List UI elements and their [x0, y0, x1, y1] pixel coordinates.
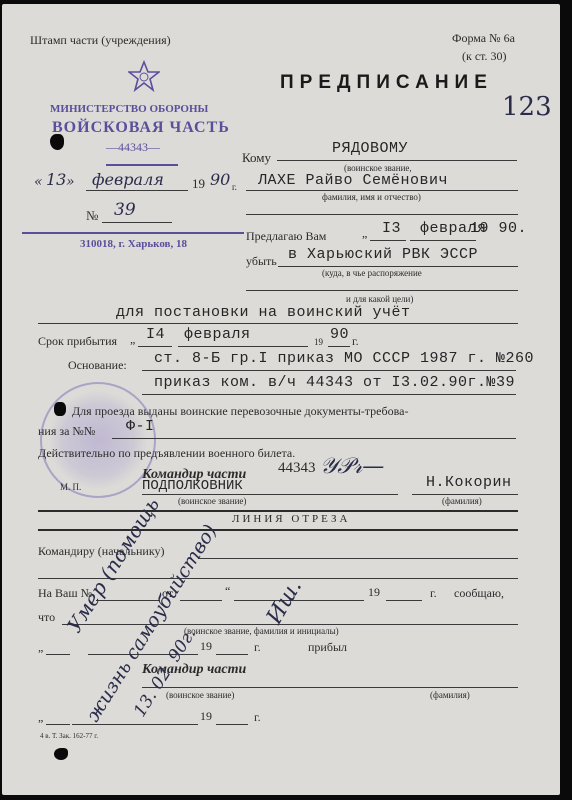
arrival-month-line	[178, 346, 308, 347]
tearoff-name-caption: (фамилия)	[430, 690, 470, 700]
tearoff-quote: “	[225, 584, 230, 599]
stamp-address: 310018, г. Харьков, 18	[80, 238, 187, 250]
travel-text-2: ния за №№	[38, 424, 95, 439]
tearoff-bottom-quote: „	[38, 710, 43, 725]
propose-year: 19 90.	[470, 220, 527, 237]
tearoff-sign-line	[142, 687, 518, 688]
order-number-label: №	[86, 208, 98, 224]
handwritten-note-signature: Иш.	[262, 575, 307, 628]
valid-text: Действительно по предъявлении военного б…	[38, 446, 295, 461]
arrival-year-g: г.	[352, 334, 359, 349]
form-article: (к ст. 30)	[462, 49, 507, 64]
date-day: 13	[46, 170, 66, 189]
arrival-quote: „	[130, 332, 135, 347]
rank-line	[277, 160, 517, 161]
propose-quote: „	[362, 226, 367, 241]
tearoff-arrived: прибыл	[308, 640, 347, 655]
order-number-value: 39	[114, 200, 136, 220]
commander-name-line	[412, 494, 518, 495]
tearoff-arr-year-prefix: 19	[200, 639, 212, 654]
official-seal	[40, 382, 156, 498]
tearoff-no-line	[96, 600, 160, 601]
tearoff-report: сообщаю,	[454, 586, 504, 601]
tearoff-arr-year-g: г.	[254, 640, 261, 655]
commander-rank: ПОДПОЛКОВНИК	[142, 478, 243, 494]
commander-rank-caption: (воинское звание)	[178, 496, 246, 506]
basis-underline-1	[142, 370, 516, 371]
depart-line-2	[246, 290, 518, 291]
handwritten-page-number: 123	[502, 92, 552, 122]
punch-hole	[50, 134, 64, 150]
purpose-caption: и для какой цели)	[346, 294, 413, 304]
commander-signature: 𝒴𝒫𝓇—	[320, 454, 384, 479]
tearoff-rank-caption: (воинское звание)	[166, 690, 234, 700]
tearoff-arr-day-line	[46, 654, 70, 655]
commander-unit-number: 44343	[278, 460, 316, 477]
tearoff-that-caption: (воинское звание, фамилия и инициалы)	[184, 626, 339, 636]
arrival-year-prefix: 19	[314, 337, 323, 347]
tearoff-commander-label: Командиру (начальнику)	[38, 544, 165, 559]
arrival-day: I4	[146, 326, 165, 343]
stamp-divider	[106, 164, 178, 166]
date-month: февраля	[92, 170, 164, 189]
mp-label: М. П.	[60, 482, 81, 492]
name-caption: фамилия, имя и отчество)	[322, 192, 421, 202]
date-month-line	[86, 190, 188, 191]
print-info: 4 в. Т. Зак. 162-77 г.	[40, 732, 98, 740]
cut-line-bottom	[38, 529, 518, 531]
tearoff-arr-quote: „	[38, 640, 43, 655]
depart-caption: (куда, в чье распоряжение	[322, 268, 422, 278]
arrival-year-line	[328, 346, 350, 347]
arrival-month: февраля	[184, 326, 251, 343]
depart-value: в Харьюский РВК ЭССР	[288, 246, 478, 263]
tearoff-year-line	[386, 600, 422, 601]
cut-line-label: ЛИНИЯ ОТРЕЗА	[232, 513, 350, 525]
unit-number: —44343—	[106, 140, 160, 155]
tearoff-day-line	[180, 600, 222, 601]
tearoff-that: что	[38, 610, 55, 625]
commander-name-caption: (фамилия)	[442, 496, 482, 506]
page-title: ПРЕДПИСАНИЕ	[280, 72, 493, 94]
depart-label: убыть	[246, 254, 277, 269]
arrival-label: Срок прибытия	[38, 334, 117, 349]
stamp-label: Штамп части (учреждения)	[30, 33, 171, 48]
basis-line-2: приказ ком. в/ч 44343 от I3.02.90г.№39	[154, 374, 515, 391]
travel-docs-line	[112, 438, 516, 439]
punch-hole	[54, 748, 68, 760]
purpose-value: для постановки на воинский учёт	[116, 304, 411, 321]
tearoff-arr-year-line	[216, 654, 248, 655]
punch-hole	[54, 402, 66, 416]
travel-docs-value: Ф-I	[126, 418, 155, 435]
basis-label: Основание:	[68, 358, 127, 373]
tearoff-that-line	[62, 624, 518, 625]
tearoff-year-prefix: 19	[368, 585, 380, 600]
tearoff-bottom-year-line	[216, 724, 248, 725]
tearoff-bottom-year-g: г.	[254, 710, 261, 725]
propose-month-line	[410, 240, 476, 241]
basis-line-1: ст. 8-Б гр.I приказ МО СССР 1987 г. №260	[154, 350, 534, 367]
name-line	[246, 190, 518, 191]
commander-rank-line	[142, 494, 398, 495]
star-icon	[128, 60, 160, 97]
year-g: г.	[232, 182, 237, 192]
document-page: Штамп части (учреждения) Форма № 6а (к с…	[2, 4, 560, 795]
depart-line	[278, 266, 518, 267]
tearoff-year-g: г.	[430, 586, 437, 601]
unit-label: ВОЙСКОВАЯ ЧАСТЬ	[52, 119, 230, 137]
purpose-line	[38, 323, 518, 324]
blank-line	[246, 214, 518, 215]
travel-text-1: Для проезда выданы воинские перевозочные…	[72, 404, 408, 419]
propose-day: I3	[382, 220, 401, 237]
tearoff-bottom-month-line	[72, 724, 198, 725]
form-number: Форма № 6а	[452, 31, 515, 46]
ministry-text: МИНИСТЕРСТВО ОБОРОНЫ	[50, 103, 208, 115]
propose-label: Предлагаю Вам	[246, 229, 326, 244]
to-label: Кому	[242, 150, 271, 166]
name-value: ЛАХЕ Райво Семёнович	[258, 172, 448, 189]
basis-underline-2	[142, 394, 516, 395]
arrival-year-suffix: 90	[330, 326, 349, 343]
arrival-day-line	[138, 346, 172, 347]
tearoff-bottom-year-prefix: 19	[200, 709, 212, 724]
date-open-quote: «	[34, 174, 43, 190]
cut-line-top	[38, 510, 518, 512]
tearoff-commander-line	[198, 558, 518, 559]
order-number-line	[102, 222, 172, 223]
rank-value: РЯДОВОМУ	[332, 140, 408, 157]
commander-name: Н.Кокорин	[426, 474, 512, 491]
stamp-underline	[22, 232, 244, 234]
year-prefix: 19	[192, 176, 205, 192]
date-close-quote: »	[66, 174, 75, 190]
propose-day-line	[370, 240, 406, 241]
year-suffix: 90	[210, 170, 230, 189]
tearoff-bottom-day-line	[46, 724, 70, 725]
